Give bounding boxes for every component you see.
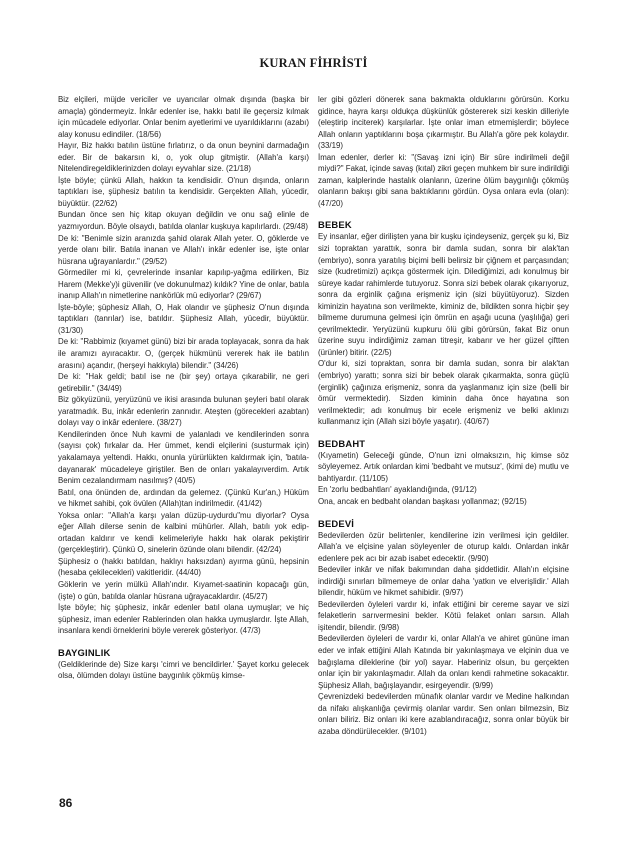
verse-paragraph: (Kıyametin) Geleceği günde, O'nun izni o… [318, 450, 569, 485]
verse-paragraph: ler gibi gözleri dönerek sana bakmakta o… [318, 94, 569, 152]
verse-paragraph: Şüphesiz o (hakkı batıldan, haklıyı haks… [58, 556, 309, 579]
verse-paragraph: De ki: "Hak geldi; batıl ise ne (bir şey… [58, 371, 309, 394]
verse-paragraph: Bundan önce sen hiç kitap okuyan değildi… [58, 209, 309, 232]
verse-paragraph: Çevrenizdeki bedevilerden münafık olanla… [318, 691, 569, 737]
verse-paragraph: Biz gökyüzünü, yeryüzünü ve ikisi arasın… [58, 394, 309, 429]
verse-paragraph: (Geldiklerinde de) Size karşı 'cimri ve … [58, 659, 309, 682]
verse-paragraph: Biz elçileri, müjde vericiler ve uyarıcı… [58, 94, 309, 140]
verse-paragraph: Göklerin ve yerin mülkü Allah'ındır. Kıy… [58, 579, 309, 602]
verse-paragraph: Görmediler mi ki, çevrelerinde insanlar … [58, 267, 309, 302]
verse-paragraph: İşte-böyle; şüphesiz Allah, O, Hak oland… [58, 302, 309, 337]
verse-paragraph: En 'zorlu bedbahtları' ayaklandığında, (… [318, 484, 569, 496]
left-column: Biz elçileri, müjde vericiler ve uyarıcı… [58, 94, 309, 682]
verse-paragraph: Bedevilerden öyleleri vardır ki, infak e… [318, 599, 569, 634]
verse-paragraph: Batıl, ona önünden de, ardından da gelem… [58, 487, 309, 510]
verse-paragraph: Hayır, Biz hakkı batılın üstüne fırlatır… [58, 140, 309, 175]
section-heading-bayginlik: BAYGINLIK [58, 647, 309, 659]
section-heading-bedevi: BEDEVİ [318, 518, 569, 530]
verse-paragraph: Yoksa onlar: "Allah'a karşı yalan düzüp-… [58, 510, 309, 556]
verse-paragraph: Ey insanlar, eğer dirilişten yana bir ku… [318, 231, 569, 358]
right-column: ler gibi gözleri dönerek sana bakmakta o… [318, 94, 569, 737]
verse-paragraph: İman edenler, derler ki: "(Savaş izni iç… [318, 152, 569, 210]
section-heading-bedbaht: BEDBAHT [318, 438, 569, 450]
verse-paragraph: İşte böyle; hiç şüphesiz, inkâr edenler … [58, 602, 309, 637]
verse-paragraph: Bedeviler inkâr ve nifak bakımından daha… [318, 564, 569, 599]
verse-paragraph: De ki: "Rabbimiz (kıyamet günü) bizi bir… [58, 336, 309, 371]
verse-paragraph: Ona, ancak en bedbaht olandan başkası yo… [318, 496, 569, 508]
verse-paragraph: Kendilerinden önce Nuh kavmi de yalanlad… [58, 429, 309, 487]
page-number: 86 [59, 796, 72, 810]
verse-paragraph: O'dur ki, sizi topraktan, sonra bir daml… [318, 358, 569, 427]
page-title: KURAN FİHRİSTİ [0, 56, 627, 71]
verse-paragraph: İşte böyle; çünkü Allah, hakkın ta kendi… [58, 175, 309, 210]
verse-paragraph: De ki: "Benimle sizin aranızda şahid ola… [58, 233, 309, 268]
verse-paragraph: Bedevilerden öyleleri de vardır ki, onla… [318, 633, 569, 691]
section-heading-bebek: BEBEK [318, 219, 569, 231]
verse-paragraph: Bedevilerden özür belirtenler, kendileri… [318, 530, 569, 565]
